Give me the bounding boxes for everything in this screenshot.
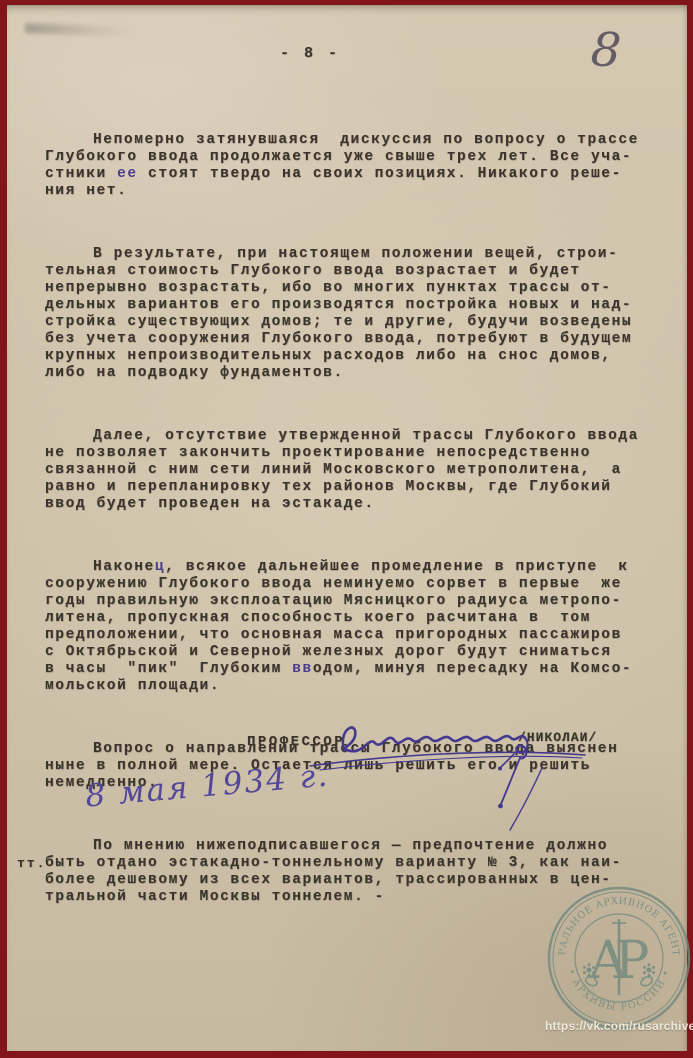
handwritten-page-number: 8 <box>589 22 623 79</box>
document-body: Непомерно затянувшаяся дискуссия по вопр… <box>45 98 681 952</box>
document-paper: - 8 - 8 Непомерно затянувшаяся дискуссия… <box>7 5 687 1051</box>
paragraph-1: Непомерно затянувшаяся дискуссия по вопр… <box>45 132 681 200</box>
typed-page-number: - 8 - <box>280 45 340 62</box>
watermark-url: https://vk.com/rusarchives <box>545 1019 693 1033</box>
footer-note: тт. <box>17 856 46 871</box>
paragraph-2: В результате, при настоящем положении ве… <box>45 246 681 382</box>
pencil-smudge <box>25 23 135 37</box>
signature-typed-name: /НИКОЛАИ/ <box>518 730 597 745</box>
paragraph-4: Наконец, всякое дальнейшее промедление в… <box>45 559 681 695</box>
signature-title: ПРОФЕССОР <box>247 734 345 750</box>
paragraph-3: Далее, отсутствие утвержденной трассы Гл… <box>45 428 681 513</box>
scan-red-border-frame: - 8 - 8 Непомерно затянувшаяся дискуссия… <box>0 0 693 1058</box>
archive-agency-stamp-icon: ФЕДЕРАЛЬНОЕ АРХИВНОЕ АГЕНТСТВО • АРХИВЫ … <box>544 883 693 1033</box>
stamp-monogram: А Р <box>586 919 653 995</box>
svg-text:Р: Р <box>615 931 650 991</box>
